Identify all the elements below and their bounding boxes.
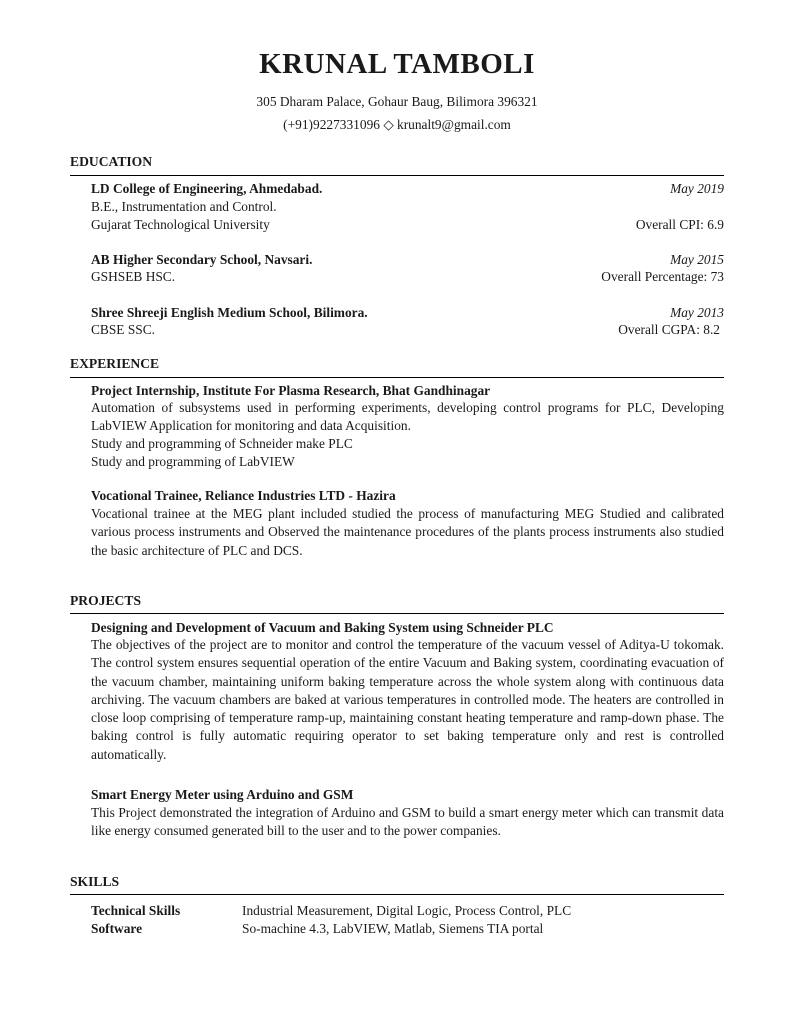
project-description: This Project demonstrated the integratio…	[91, 804, 724, 841]
candidate-name: KRUNAL TAMBOLI	[0, 48, 794, 81]
score: Overall Percentage: 73	[601, 269, 724, 285]
section-divider	[70, 894, 724, 895]
score: Overall CGPA: 8.2	[618, 322, 720, 338]
section-divider	[70, 613, 724, 614]
projects-heading: PROJECTS	[70, 593, 724, 609]
email-link[interactable]: krunalt9@gmail.com	[397, 117, 511, 132]
degree: B.E., Instrumentation and Control.	[91, 199, 724, 215]
experience-description: Vocational trainee at the MEG plant incl…	[91, 505, 724, 560]
score: Overall CPI: 6.9	[636, 217, 724, 233]
project-title: Designing and Development of Vacuum and …	[91, 620, 724, 636]
section-divider	[70, 377, 724, 378]
experience-description: Automation of subsystems used in perform…	[91, 399, 724, 436]
skill-label: Software	[91, 921, 142, 937]
institution-name: AB Higher Secondary School, Navsari.	[91, 252, 724, 268]
skill-value: So-machine 4.3, LabVIEW, Matlab, Siemens…	[242, 921, 543, 937]
contact-line: (+91)9227331096 ◇ krunalt9@gmail.com	[0, 117, 794, 133]
section-divider	[70, 175, 724, 176]
project-title: Smart Energy Meter using Arduino and GSM	[91, 787, 724, 803]
experience-title: Project Internship, Institute For Plasma…	[91, 383, 724, 399]
graduation-date: May 2015	[670, 252, 724, 268]
experience-heading: EXPERIENCE	[70, 356, 724, 372]
skill-value: Industrial Measurement, Digital Logic, P…	[242, 903, 571, 919]
graduation-date: May 2013	[670, 305, 724, 321]
institution-name: LD College of Engineering, Ahmedabad.	[91, 181, 724, 197]
phone: (+91)9227331096	[283, 117, 380, 132]
project-description: The objectives of the project are to mon…	[91, 636, 724, 764]
address: 305 Dharam Palace, Gohaur Baug, Bilimora…	[0, 94, 794, 110]
institution-name: Shree Shreeji English Medium School, Bil…	[91, 305, 724, 321]
graduation-date: May 2019	[670, 181, 724, 197]
education-heading: EDUCATION	[70, 154, 724, 170]
skills-heading: SKILLS	[70, 874, 724, 890]
diamond-icon: ◇	[383, 117, 393, 132]
experience-title: Vocational Trainee, Reliance Industries …	[91, 488, 724, 504]
skill-label: Technical Skills	[91, 903, 180, 919]
experience-item: Study and programming of LabVIEW	[91, 454, 724, 470]
resume-page: KRUNAL TAMBOLI 305 Dharam Palace, Gohaur…	[0, 0, 794, 1028]
university: Gujarat Technological University	[91, 217, 724, 233]
experience-item: Study and programming of Schneider make …	[91, 436, 724, 452]
